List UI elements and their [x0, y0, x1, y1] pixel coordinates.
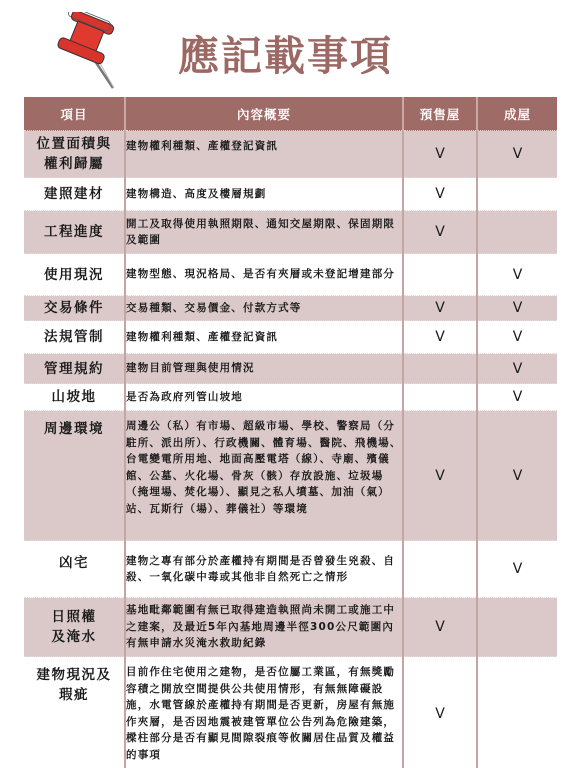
row-existing-mark: V: [477, 354, 557, 384]
row-presale-mark: V: [403, 657, 477, 768]
row-content: 建物權利種類、產權登記資訊: [125, 321, 403, 354]
column-header-content: 內容概要: [125, 97, 403, 131]
row-item: 使用現況: [24, 254, 125, 296]
row-item-line: 建物現況及: [37, 667, 112, 683]
row-item-line: 權利歸屬: [44, 156, 104, 172]
row-content: 是否為政府列管山坡地: [125, 384, 403, 411]
table-row: 周邊環境 周邊公（私）有市場、超級市場、學校、警察局（分駐所、派出所）、行政機關…: [24, 411, 557, 541]
row-item: 工程進度: [24, 211, 125, 254]
row-item: 凶宅: [24, 541, 125, 598]
row-presale-mark: V: [403, 321, 477, 354]
table-row: 建照建材 建物構造、高度及樓層規劃 V: [24, 178, 557, 211]
table-row: 使用現況 建物型態、現況格局、是否有夾層或未登記增建部分 V: [24, 254, 557, 296]
table-row: 工程進度 開工及取得使用執照期限、通知交屋期限、保固期限及範圍 V: [24, 211, 557, 254]
table-row: 凶宅 建物之專有部分於產權持有期間是否曾發生兇殺、自殺、一氧化碳中毒或其他非自然…: [24, 541, 557, 598]
row-presale-mark: [403, 541, 477, 598]
row-item: 交易條件: [24, 296, 125, 321]
column-header-presale: 預售屋: [403, 97, 477, 131]
row-presale-mark: [403, 254, 477, 296]
table-row: 建物現況及瑕疵 目前作住宅使用之建物，是否位屬工業區，有無獎勵容積之開放空間提供…: [24, 657, 557, 768]
row-presale-mark: [403, 384, 477, 411]
row-existing-mark: V: [477, 254, 557, 296]
row-content: 基地毗鄰範圍有無已取得建造執照尚未開工或施工中之建案，及最近5年內基地周邊半徑3…: [125, 598, 403, 657]
row-content: 目前作住宅使用之建物，是否位屬工業區，有無獎勵容積之開放空間提供公共使用情形，有…: [125, 657, 403, 768]
row-existing-mark: V: [477, 296, 557, 321]
row-presale-mark: V: [403, 598, 477, 657]
table-row: 位置面積與權利歸屬 建物權利種類、產權登記資訊 V V: [24, 131, 557, 178]
row-existing-mark: [477, 598, 557, 657]
row-item-line: 日照權: [52, 609, 97, 625]
row-existing-mark: [477, 211, 557, 254]
row-presale-mark: V: [403, 296, 477, 321]
row-existing-mark: V: [477, 384, 557, 411]
row-existing-mark: [477, 178, 557, 211]
row-content: 建物型態、現況格局、是否有夾層或未登記增建部分: [125, 254, 403, 296]
table-row: 法規管制 建物權利種類、產權登記資訊 V V: [24, 321, 557, 354]
row-item: 管理規約: [24, 354, 125, 384]
row-existing-mark: V: [477, 541, 557, 598]
row-content: 開工及取得使用執照期限、通知交屋期限、保固期限及範圍: [125, 211, 403, 254]
table-row: 交易條件 交易種類、交易價金、付款方式等 V V: [24, 296, 557, 321]
row-existing-mark: V: [477, 321, 557, 354]
row-item-line: 及淹水: [52, 629, 97, 645]
row-item: 山坡地: [24, 384, 125, 411]
row-content: 建物之專有部分於產權持有期間是否曾發生兇殺、自殺、一氧化碳中毒或其他非自然死亡之…: [125, 541, 403, 598]
row-item: 建物現況及瑕疵: [24, 657, 125, 768]
column-header-existing: 成屋: [477, 97, 557, 131]
row-existing-mark: V: [477, 411, 557, 541]
row-presale-mark: V: [403, 131, 477, 178]
table-row: 山坡地 是否為政府列管山坡地 V: [24, 384, 557, 411]
table-row: 管理規約 建物目前管理與使用情況 V: [24, 354, 557, 384]
row-presale-mark: [403, 354, 477, 384]
table-header-row: 項目 內容概要 預售屋 成屋: [24, 97, 557, 131]
row-presale-mark: V: [403, 211, 477, 254]
items-table: 項目 內容概要 預售屋 成屋 位置面積與權利歸屬 建物權利種類、產權登記資訊 V…: [24, 97, 557, 768]
row-item: 周邊環境: [24, 411, 125, 541]
table-row: 日照權及淹水 基地毗鄰範圍有無已取得建造執照尚未開工或施工中之建案，及最近5年內…: [24, 598, 557, 657]
row-item-line: 位置面積與: [37, 136, 112, 152]
row-existing-mark: V: [477, 131, 557, 178]
row-presale-mark: V: [403, 178, 477, 211]
row-presale-mark: V: [403, 411, 477, 541]
row-content: 建物權利種類、產權登記資訊: [125, 131, 403, 178]
row-content: 建物構造、高度及樓層規劃: [125, 178, 403, 211]
row-item: 日照權及淹水: [24, 598, 125, 657]
pushpin-icon: [55, 12, 125, 92]
row-existing-mark: [477, 657, 557, 768]
page-title: 應記載事項: [178, 28, 393, 84]
row-item: 法規管制: [24, 321, 125, 354]
row-content: 交易種類、交易價金、付款方式等: [125, 296, 403, 321]
column-header-item: 項目: [24, 97, 125, 131]
row-content: 周邊公（私）有市場、超級市場、學校、警察局（分駐所、派出所）、行政機關、體育場、…: [125, 411, 403, 541]
row-content: 建物目前管理與使用情況: [125, 354, 403, 384]
row-item: 建照建材: [24, 178, 125, 211]
row-item: 位置面積與權利歸屬: [24, 131, 125, 178]
row-item-line: 瑕疵: [59, 687, 89, 703]
